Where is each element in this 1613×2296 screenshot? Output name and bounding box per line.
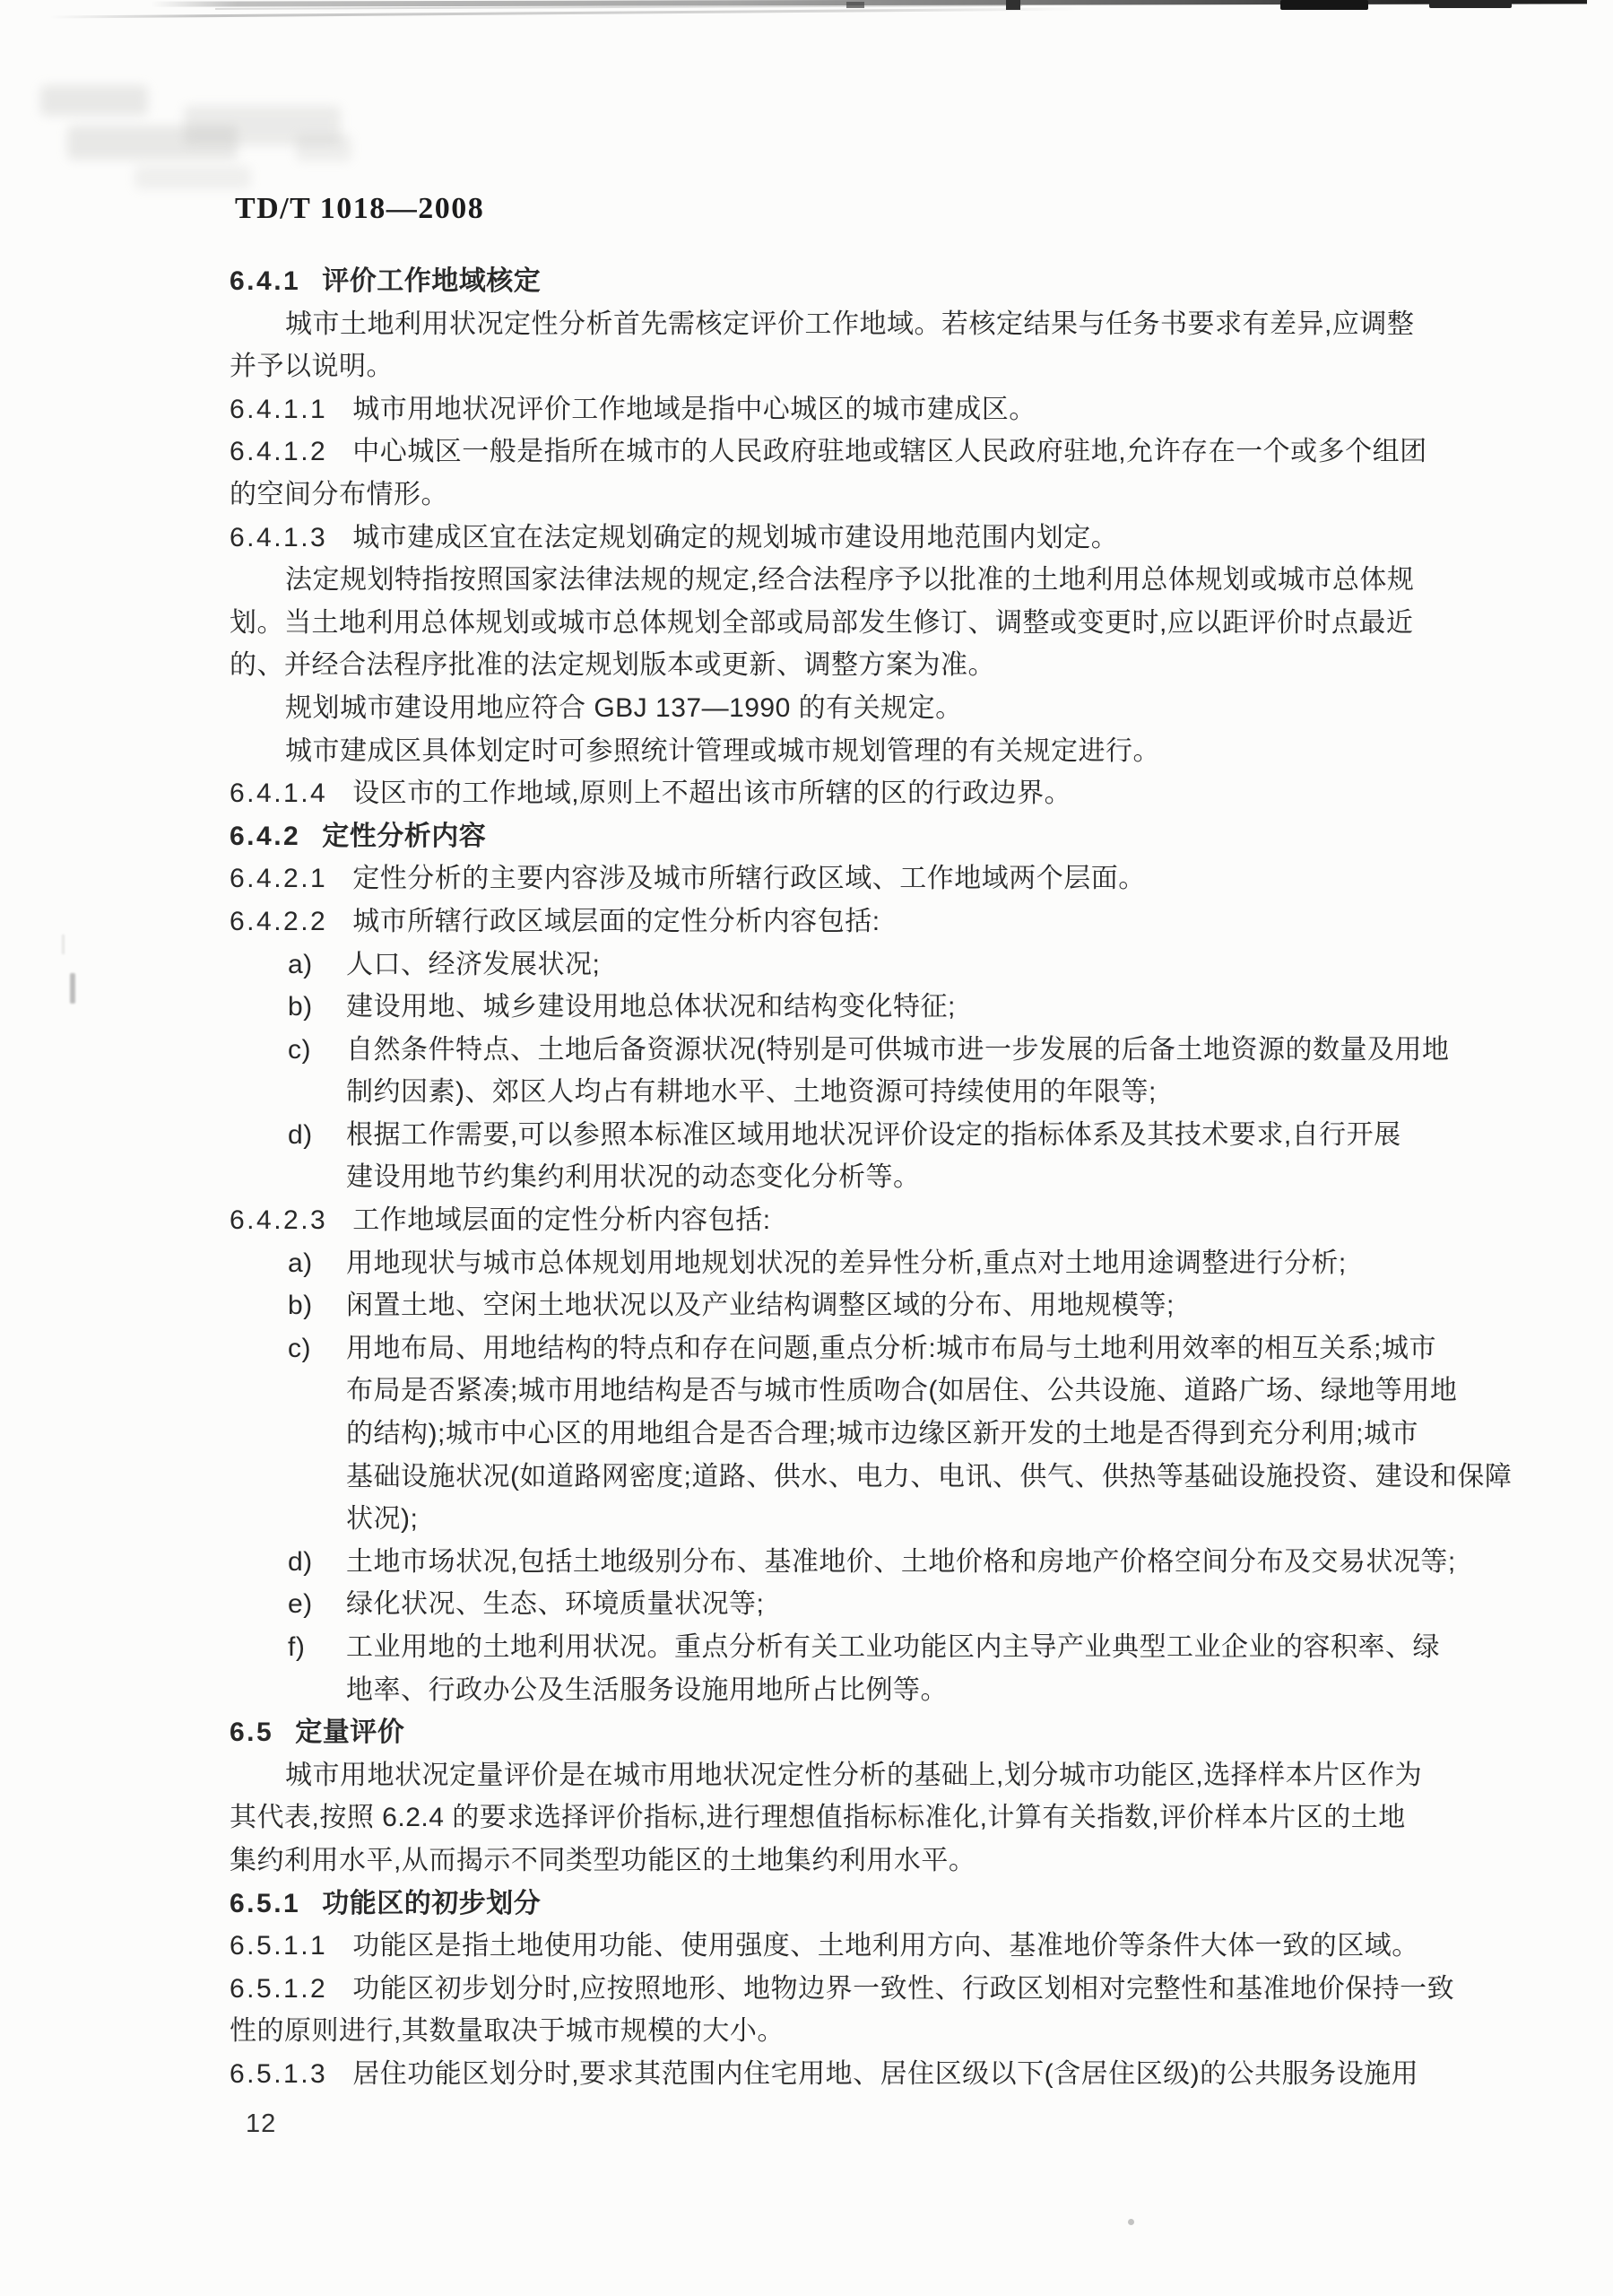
bleedthrough-smudge: [134, 166, 251, 189]
clause-number: 6.5.1.3: [230, 2059, 327, 2089]
text-line: 地率、行政办公及生活服务设施用地所占比例等。: [230, 1669, 1494, 1712]
bleedthrough-smudge: [40, 85, 148, 116]
line-text: 工作地域层面的定性分析内容包括:: [352, 1205, 770, 1235]
document-body: 6.4.1评价工作地域核定城市土地利用状况定性分析首先需核定评价工作地域。若核定…: [230, 260, 1494, 2096]
text-line: c)用地布局、用地结构的特点和存在问题,重点分析:城市布局与土地利用效率的相互关…: [230, 1327, 1494, 1370]
line-text: 城市所辖行政区域层面的定性分析内容包括:: [352, 907, 880, 936]
scanned-document-page: TD/T 1018—2008 6.4.1评价工作地域核定城市土地利用状况定性分析…: [0, 0, 1613, 2296]
scan-artifact-top-line-2: [49, 7, 1080, 18]
list-item-label: b): [288, 986, 346, 1029]
line-text: 布局是否紧凑;城市用地结构是否与城市性质吻合(如居住、公共设施、道路广场、绿地等…: [346, 1376, 1457, 1405]
stray-dot: [1128, 2219, 1134, 2225]
text-line: a)用地现状与城市总体规划用地规划状况的差异性分析,重点对土地用途调整进行分析;: [230, 1242, 1494, 1285]
clause-number: 6.4.1: [230, 266, 300, 296]
text-line: 划。当土地利用总体规划或城市总体规划全部或局部发生修订、调整或变更时,应以距评价…: [230, 602, 1494, 645]
text-line: 6.4.2.2城市所辖行政区域层面的定性分析内容包括:: [230, 900, 1494, 944]
line-text: 其代表,按照 6.2.4 的要求选择评价指标,进行理想值指标标准化,计算有关指数…: [230, 1803, 1406, 1832]
line-text: 划。当土地利用总体规划或城市总体规划全部或局部发生修订、调整或变更时,应以距评价…: [230, 608, 1413, 638]
clause-number: 6.5: [230, 1718, 273, 1747]
line-text: 居住功能区划分时,要求其范围内住宅用地、居住区级以下(含居住区级)的公共服务设施…: [352, 2059, 1418, 2089]
line-text: 定性分析内容: [322, 822, 486, 851]
clause-number: 6.5.1.2: [230, 1974, 327, 2004]
text-line: 城市建成区具体划定时可参照统计管理或城市规划管理的有关规定进行。: [230, 730, 1494, 773]
section-heading: 6.5.1功能区的初步划分: [230, 1883, 1494, 1926]
margin-stray-mark-faint: [62, 935, 65, 954]
text-line: 建设用地节约集约利用状况的动态变化分析等。: [230, 1156, 1494, 1199]
text-line: a)人口、经济发展状况;: [230, 944, 1494, 987]
line-text: 城市建成区宜在法定规划确定的规划城市建设用地范围内划定。: [352, 523, 1118, 552]
scan-artifact-dark-blob: [1429, 0, 1512, 8]
line-text: 功能区的初步划分: [322, 1889, 541, 1918]
line-text: 建设用地节约集约利用状况的动态变化分析等。: [346, 1162, 921, 1192]
line-text: 城市用地状况定量评价是在城市用地状况定性分析的基础上,划分城市功能区,选择样本片…: [285, 1761, 1422, 1790]
text-line: 6.5.1.3居住功能区划分时,要求其范围内住宅用地、居住区级以下(含居住区级)…: [230, 2053, 1494, 2096]
clause-number: 6.5.1: [230, 1889, 300, 1918]
clause-number: 6.4.2.1: [230, 864, 327, 893]
line-text: 规划城市建设用地应符合 GBJ 137—1990 的有关规定。: [285, 693, 963, 723]
line-text: 用地现状与城市总体规划用地规划状况的差异性分析,重点对土地用途调整进行分析;: [346, 1248, 1347, 1278]
line-text: 设区市的工作地域,原则上不超出该市所辖的区的行政边界。: [352, 778, 1071, 808]
line-text: 的空间分布情形。: [230, 480, 448, 509]
text-line: 城市用地状况定量评价是在城市用地状况定性分析的基础上,划分城市功能区,选择样本片…: [230, 1754, 1494, 1797]
text-line: 城市土地利用状况定性分析首先需核定评价工作地域。若核定结果与任务书要求有差异,应…: [230, 303, 1494, 346]
text-line: 法定规划特指按照国家法律法规的规定,经合法程序予以批准的土地利用总体规划或城市总…: [230, 559, 1494, 602]
line-text: 基础设施状况(如道路网密度;道路、供水、电力、电讯、供气、供热等基础设施投资、建…: [346, 1462, 1512, 1492]
text-line: 6.4.1.4设区市的工作地域,原则上不超出该市所辖的区的行政边界。: [230, 772, 1494, 815]
bleedthrough-smudge: [67, 126, 238, 160]
list-item-label: d): [288, 1114, 346, 1157]
scan-artifact-top-line-3: [215, 4, 1022, 10]
text-line: 布局是否紧凑;城市用地结构是否与城市性质吻合(如居住、公共设施、道路广场、绿地等…: [230, 1370, 1494, 1413]
line-text: 性的原则进行,其数量取决于城市规模的大小。: [230, 2016, 785, 2046]
text-line: b)建设用地、城乡建设用地总体状况和结构变化特征;: [230, 986, 1494, 1029]
line-text: 的结构);城市中心区的用地组合是否合理;城市边缘区新开发的土地是否得到充分利用;…: [346, 1419, 1418, 1448]
line-text: 城市土地利用状况定性分析首先需核定评价工作地域。若核定结果与任务书要求有差异,应…: [285, 309, 1414, 339]
line-text: 自然条件特点、土地后备资源状况(特别是可供城市进一步发展的后备土地资源的数量及用…: [346, 1035, 1450, 1065]
text-line: 并予以说明。: [230, 345, 1494, 388]
text-line: 集约利用水平,从而揭示不同类型功能区的土地集约利用水平。: [230, 1839, 1494, 1883]
text-line: b)闲置土地、空闲土地状况以及产业结构调整区域的分布、用地规模等;: [230, 1284, 1494, 1327]
clause-number: 6.4.2.3: [230, 1205, 327, 1235]
text-line: c)自然条件特点、土地后备资源状况(特别是可供城市进一步发展的后备土地资源的数量…: [230, 1029, 1494, 1072]
text-line: 6.5.1.2功能区初步划分时,应按照地形、地物边界一致性、行政区划相对完整性和…: [230, 1968, 1494, 2011]
section-heading: 6.4.2定性分析内容: [230, 815, 1494, 858]
list-item-label: b): [288, 1284, 346, 1327]
line-text: 状况);: [346, 1504, 418, 1534]
line-text: 并予以说明。: [230, 352, 394, 381]
line-text: 土地市场状况,包括土地级别分布、基准地价、土地价格和房地产价格空间分布及交易状况…: [346, 1547, 1456, 1577]
text-line: 6.5.1.1功能区是指土地使用功能、使用强度、土地利用方向、基准地价等条件大体…: [230, 1925, 1494, 1968]
text-line: f)工业用地的土地利用状况。重点分析有关工业功能区内主导产业典型工业企业的容积率…: [230, 1626, 1494, 1669]
line-text: 绿化状况、生态、环境质量状况等;: [346, 1589, 764, 1619]
text-line: 性的原则进行,其数量取决于城市规模的大小。: [230, 2010, 1494, 2053]
line-text: 评价工作地域核定: [322, 266, 541, 296]
text-line: 制约因素)、郊区人均占有耕地水平、土地资源可持续使用的年限等;: [230, 1071, 1494, 1114]
text-line: 基础设施状况(如道路网密度;道路、供水、电力、电讯、供气、供热等基础设施投资、建…: [230, 1456, 1494, 1499]
line-text: 的、并经合法程序批准的法定规划版本或更新、调整方案为准。: [230, 650, 995, 680]
line-text: 制约因素)、郊区人均占有耕地水平、土地资源可持续使用的年限等;: [346, 1077, 1157, 1107]
line-text: 建设用地、城乡建设用地总体状况和结构变化特征;: [346, 992, 956, 1022]
clause-number: 6.4.1.1: [230, 395, 327, 424]
section-heading: 6.4.1评价工作地域核定: [230, 260, 1494, 303]
page-number: 12: [246, 2109, 276, 2139]
text-line: 6.4.1.1城市用地状况评价工作地域是指中心城区的城市建成区。: [230, 388, 1494, 431]
line-text: 功能区是指土地使用功能、使用强度、土地利用方向、基准地价等条件大体一致的区域。: [352, 1931, 1419, 1961]
list-item-label: a): [288, 1242, 346, 1285]
clause-number: 6.4.2: [230, 822, 300, 851]
text-line: 6.4.2.3工作地域层面的定性分析内容包括:: [230, 1199, 1494, 1242]
list-item-label: a): [288, 944, 346, 987]
clause-number: 6.4.2.2: [230, 907, 327, 936]
section-heading: 6.5定量评价: [230, 1711, 1494, 1754]
line-text: 城市建成区具体划定时可参照统计管理或城市规划管理的有关规定进行。: [285, 736, 1160, 766]
clause-number: 6.4.1.4: [230, 778, 327, 808]
clause-number: 6.4.1.3: [230, 523, 327, 552]
list-item-label: c): [288, 1327, 346, 1370]
scan-artifact-dark-blob: [1006, 0, 1020, 10]
line-text: 法定规划特指按照国家法律法规的规定,经合法程序予以批准的土地利用总体规划或城市总…: [285, 565, 1414, 595]
standard-code-header: TD/T 1018—2008: [235, 192, 484, 226]
bleedthrough-smudge: [296, 135, 351, 161]
text-line: 规划城市建设用地应符合 GBJ 137—1990 的有关规定。: [230, 687, 1494, 730]
text-line: d)土地市场状况,包括土地级别分布、基准地价、土地价格和房地产价格空间分布及交易…: [230, 1541, 1494, 1584]
line-text: 定量评价: [295, 1718, 404, 1747]
line-text: 人口、经济发展状况;: [346, 950, 600, 979]
text-line: 的、并经合法程序批准的法定规划版本或更新、调整方案为准。: [230, 644, 1494, 687]
line-text: 闲置土地、空闲土地状况以及产业结构调整区域的分布、用地规模等;: [346, 1291, 1175, 1320]
text-line: 的空间分布情形。: [230, 474, 1494, 517]
text-line: 6.4.2.1定性分析的主要内容涉及城市所辖行政区域、工作地域两个层面。: [230, 857, 1494, 900]
list-item-label: f): [288, 1626, 346, 1669]
clause-number: 6.5.1.1: [230, 1931, 327, 1961]
line-text: 根据工作需要,可以参照本标准区域用地状况评价设定的指标体系及其技术要求,自行开展: [346, 1120, 1401, 1150]
margin-stray-mark: [70, 973, 75, 1004]
list-item-label: c): [288, 1029, 346, 1072]
line-text: 中心城区一般是指所在城市的人民政府驻地或辖区人民政府驻地,允许存在一个或多个组团: [352, 437, 1427, 466]
line-text: 用地布局、用地结构的特点和存在问题,重点分析:城市布局与土地利用效率的相互关系;…: [346, 1334, 1436, 1363]
text-line: 6.4.1.3城市建成区宜在法定规划确定的规划城市建设用地范围内划定。: [230, 517, 1494, 560]
scan-artifact-dark-blob: [846, 2, 864, 8]
line-text: 城市用地状况评价工作地域是指中心城区的城市建成区。: [352, 395, 1036, 424]
text-line: 其代表,按照 6.2.4 的要求选择评价指标,进行理想值指标标准化,计算有关指数…: [230, 1796, 1494, 1839]
line-text: 定性分析的主要内容涉及城市所辖行政区域、工作地域两个层面。: [352, 864, 1146, 893]
scan-artifact-top-line: [151, 0, 1587, 7]
line-text: 功能区初步划分时,应按照地形、地物边界一致性、行政区划相对完整性和基准地价保持一…: [352, 1974, 1454, 2004]
list-item-label: d): [288, 1541, 346, 1584]
text-line: 状况);: [230, 1498, 1494, 1541]
line-text: 集约利用水平,从而揭示不同类型功能区的土地集约利用水平。: [230, 1846, 976, 1875]
bleedthrough-smudge: [184, 106, 341, 145]
text-line: 的结构);城市中心区的用地组合是否合理;城市边缘区新开发的土地是否得到充分利用;…: [230, 1413, 1494, 1456]
line-text: 地率、行政办公及生活服务设施用地所占比例等。: [346, 1675, 948, 1705]
text-line: e)绿化状况、生态、环境质量状况等;: [230, 1583, 1494, 1626]
text-line: 6.4.1.2中心城区一般是指所在城市的人民政府驻地或辖区人民政府驻地,允许存在…: [230, 430, 1494, 474]
text-line: d)根据工作需要,可以参照本标准区域用地状况评价设定的指标体系及其技术要求,自行…: [230, 1114, 1494, 1157]
clause-number: 6.4.1.2: [230, 437, 327, 466]
scan-artifact-dark-blob: [1280, 0, 1368, 10]
line-text: 工业用地的土地利用状况。重点分析有关工业功能区内主导产业典型工业企业的容积率、绿: [346, 1632, 1440, 1662]
list-item-label: e): [288, 1583, 346, 1626]
